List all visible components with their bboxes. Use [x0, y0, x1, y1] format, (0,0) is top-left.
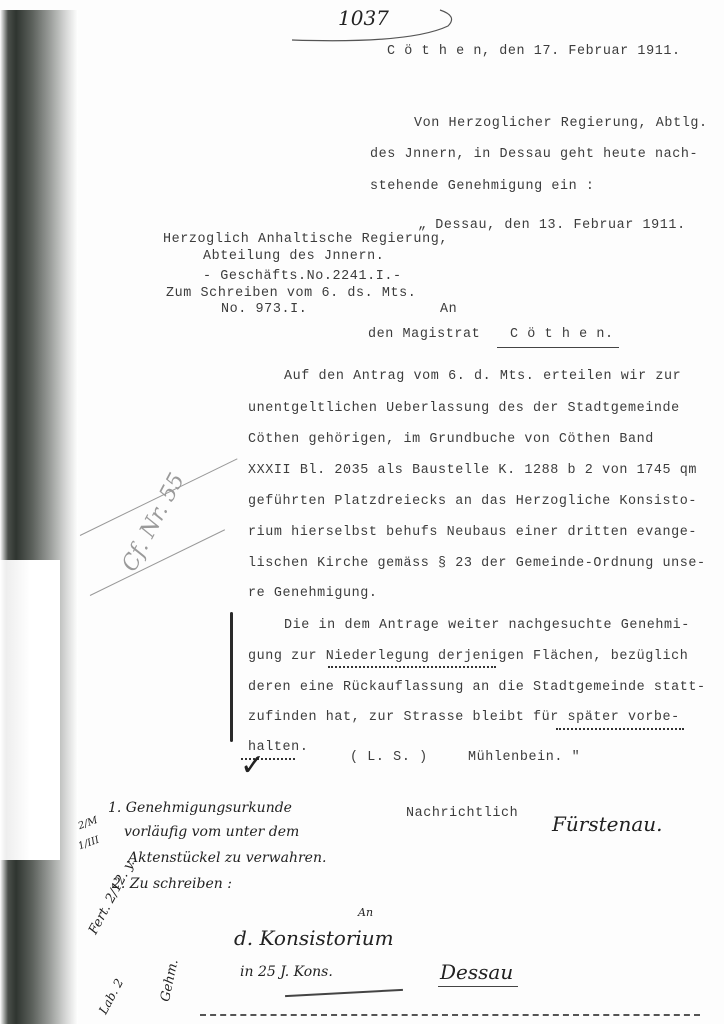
addressee-prefix: An: [440, 302, 457, 317]
intro-line-3: stehende Genehmigung ein :: [370, 179, 595, 194]
seal: ( L. S. ): [350, 750, 428, 765]
intro-line-2: des Jnnern, in Dessau geht heute nach-: [370, 147, 698, 162]
document-page: 1037 C ö t h e n, den 17. Februar 1911. …: [0, 0, 724, 1024]
underline-dessau: [438, 986, 518, 987]
body-p2-line-2: gung zur Niederlegung derjenigen Flächen…: [248, 649, 688, 664]
body-p1-line-2: unentgeltlichen Ueberlassung des der Sta…: [248, 401, 680, 416]
hw-note-konsistorium: d. Konsistorium: [234, 926, 394, 950]
addressee-city: C ö t h e n.: [510, 327, 614, 342]
typed-signature: Mühlenbein. ": [468, 750, 580, 765]
scan-binding-shadow-lower: [0, 560, 60, 860]
margin-note-stamp: Cf. Nr. 55: [80, 440, 260, 600]
sender-line-5: No. 973.I.: [221, 302, 307, 317]
checkmark-icon: ✓: [240, 748, 265, 783]
margin-note-text: Cf. Nr. 55: [117, 469, 190, 576]
underline-fuer-spaeter: [556, 728, 684, 730]
body-p2-line-1: Die in dem Antrage weiter nachgesuchte G…: [284, 618, 690, 633]
margin-signoff-1: Fert. 2/12. y.: [86, 857, 138, 937]
hw-note-3: Aktenstückel zu verwahren.: [128, 850, 326, 866]
margin-signoff-3: Gehm.: [158, 958, 182, 1003]
cutoff-handwriting: [200, 1014, 700, 1020]
sender-line-1: Herzoglich Anhaltische Regierung,: [163, 232, 448, 247]
intro-line-1: Von Herzoglicher Regierung, Abtlg.: [414, 116, 708, 131]
hw-note-2: vorläufig vom unter dem: [124, 824, 299, 840]
scan-binding-shadow: [0, 10, 78, 1024]
notice-label: Nachrichtlich: [406, 806, 518, 821]
hw-note-1: 1. Genehmigungsurkunde: [108, 800, 292, 816]
file-number-arc: [290, 4, 460, 44]
margin-signoff-2: Lab. 2: [96, 976, 126, 1016]
underline-niederlegung: [328, 666, 496, 668]
body-p1-line-1: Auf den Antrag vom 6. d. Mts. erteilen w…: [284, 369, 681, 384]
place-date-line: C ö t h e n, den 17. Februar 1911.: [387, 44, 681, 59]
margin-initial-1: 2/M: [77, 815, 100, 832]
sender-line-2: Abteilung des Jnnern.: [203, 249, 384, 264]
body-p2-line-3: deren eine Rückauflassung an die Stadtge…: [248, 680, 706, 695]
body-p1-line-7: lischen Kirche gemäss § 23 der Gemeinde-…: [248, 556, 706, 571]
margin-initial-2: 1/III: [77, 835, 101, 853]
underline-kons: [285, 989, 403, 997]
addressee-underline: [497, 347, 619, 348]
quoted-date: „ Dessau, den 13. Februar 1911.: [418, 218, 686, 233]
hw-note-an: An: [358, 906, 373, 919]
sender-line-4: Zum Schreiben vom 6. ds. Mts.: [166, 286, 416, 301]
body-p1-line-4: XXXII Bl. 2035 als Baustelle K. 1288 b 2…: [248, 463, 697, 478]
handwritten-signature: Fürstenau.: [552, 812, 663, 836]
body-p1-line-3: Cöthen gehörigen, im Grundbuche von Cöth…: [248, 432, 654, 447]
body-p1-line-8: re Genehmigung.: [248, 586, 378, 601]
sender-line-3: - Geschäfts.No.2241.I.-: [203, 269, 402, 284]
body-p1-line-5: geführten Platzdreiecks an das Herzoglic…: [248, 494, 697, 509]
body-p1-line-6: rium hierselbst behufs Neubaus einer dri…: [248, 525, 697, 540]
hw-note-kons: in 25 J. Kons.: [240, 964, 333, 980]
body-p2-line-4: zufinden hat, zur Strasse bleibt für spä…: [248, 710, 680, 725]
margin-bracket-mark: [230, 612, 233, 742]
hw-note-dessau: Dessau: [440, 960, 513, 984]
addressee-label: den Magistrat: [368, 327, 480, 342]
